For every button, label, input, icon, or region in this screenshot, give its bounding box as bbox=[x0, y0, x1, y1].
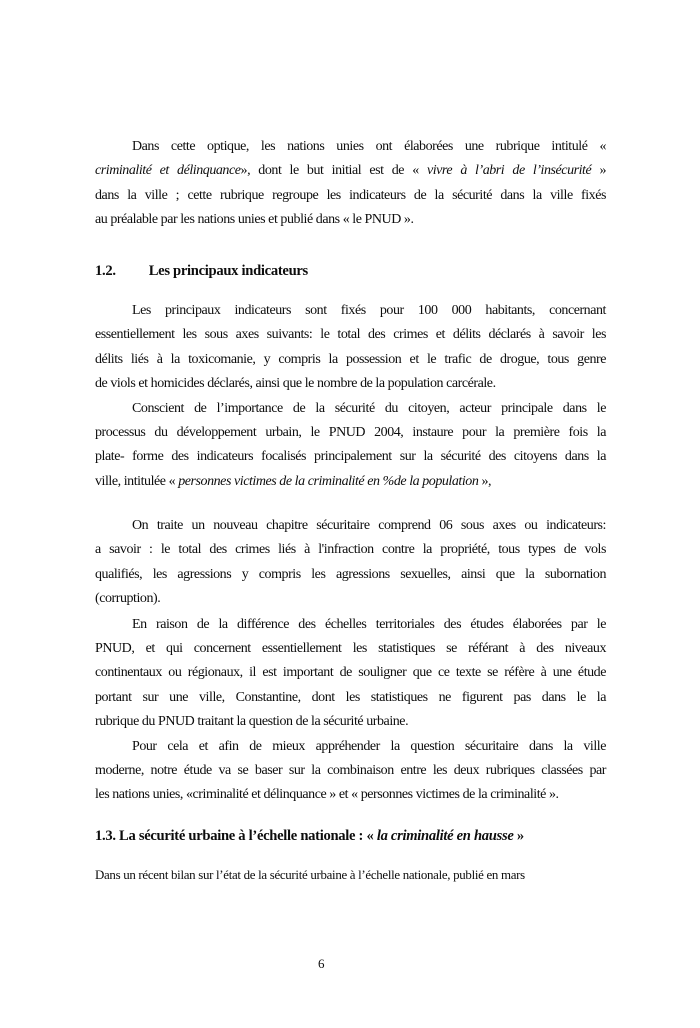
text-line: rubrique du PNUD traitant la question de… bbox=[95, 710, 606, 734]
section-title: Les principaux indicateurs bbox=[149, 263, 308, 279]
paragraph-intro: Dans cette optique, les nations unies on… bbox=[95, 135, 606, 233]
text-line: les nations unies, «criminalité et délin… bbox=[95, 783, 606, 807]
section-number: 1.2. bbox=[95, 263, 116, 279]
text-segment: ville, intitulée « bbox=[95, 474, 178, 489]
section-heading-1-3: 1.3. La sécurité urbaine à l’échelle nat… bbox=[95, 824, 606, 848]
italic-phrase: vivre à l’abri de l’insécurité bbox=[427, 163, 591, 178]
text-line: (corruption). bbox=[95, 587, 606, 611]
text-line: essentiellement les sous axes suivants: … bbox=[95, 323, 606, 347]
text-line: portant sur une ville, Constantine, dont… bbox=[95, 686, 606, 710]
text-line: délits liés à la toxicomanie, y compris … bbox=[95, 348, 606, 372]
section-heading-1-2: 1.2.Les principaux indicateurs bbox=[95, 259, 606, 283]
text-line: On traite un nouveau chapitre sécuritair… bbox=[95, 514, 606, 538]
text-line: Dans cette optique, les nations unies on… bbox=[95, 135, 606, 159]
text-line: continentaux ou régionaux, il est import… bbox=[95, 661, 606, 685]
text-line: a savoir : le total des crimes liés à l'… bbox=[95, 538, 606, 562]
text-line: Pour cela et afin de mieux appréhender l… bbox=[95, 735, 606, 759]
italic-phrase: la criminalité en hausse bbox=[377, 828, 514, 844]
italic-phrase: personnes victimes de la criminalité en … bbox=[178, 474, 478, 489]
text-line: dans la ville ; cette rubrique regroupe … bbox=[95, 184, 606, 208]
text-segment: », bbox=[478, 474, 491, 489]
text-line: En raison de la différence des échelles … bbox=[95, 613, 606, 637]
text-line: plate- forme des indicateurs focalisés p… bbox=[95, 445, 606, 469]
italic-phrase: criminalité et délinquance bbox=[95, 163, 241, 178]
text-line: Conscient de l’importance de la sécurité… bbox=[95, 397, 606, 421]
paragraph-bilan-recent: Dans un récent bilan sur l’état de la sé… bbox=[95, 863, 606, 887]
section-title: 1.3. La sécurité urbaine à l’échelle nat… bbox=[95, 828, 377, 844]
document-page: Dans cette optique, les nations unies on… bbox=[0, 0, 700, 1028]
page-body: Dans cette optique, les nations unies on… bbox=[95, 0, 606, 888]
text-segment: » bbox=[514, 828, 524, 844]
text-line: criminalité et délinquance», dont le but… bbox=[95, 159, 606, 183]
text-line: qualifiés, les agressions y compris les … bbox=[95, 563, 606, 587]
text-line: Dans un récent bilan sur l’état de la sé… bbox=[95, 863, 606, 887]
paragraph-echelles-territoriales: En raison de la différence des échelles … bbox=[95, 613, 606, 735]
text-line: de viols et homicides déclarés, ainsi qu… bbox=[95, 372, 606, 396]
paragraph-chapitre-securitaire: On traite un nouveau chapitre sécuritair… bbox=[95, 514, 606, 612]
text-line: ville, intitulée « personnes victimes de… bbox=[95, 470, 606, 494]
text-line: processus du développement urbain, le PN… bbox=[95, 421, 606, 445]
text-line: Les principaux indicateurs sont fixés po… bbox=[95, 299, 606, 323]
text-segment: », dont le but initial est de « bbox=[241, 163, 427, 178]
text-segment: » bbox=[591, 163, 606, 178]
page-number: 6 bbox=[318, 956, 325, 972]
paragraph-indicators: Les principaux indicateurs sont fixés po… bbox=[95, 299, 606, 397]
text-line: PNUD, et qui concernent essentiellement … bbox=[95, 637, 606, 661]
paragraph-pnud-2004: Conscient de l’importance de la sécurité… bbox=[95, 397, 606, 495]
paragraph-combinaison: Pour cela et afin de mieux appréhender l… bbox=[95, 735, 606, 808]
text-line: au préalable par les nations unies et pu… bbox=[95, 208, 606, 232]
text-line: moderne, notre étude va se baser sur la … bbox=[95, 759, 606, 783]
